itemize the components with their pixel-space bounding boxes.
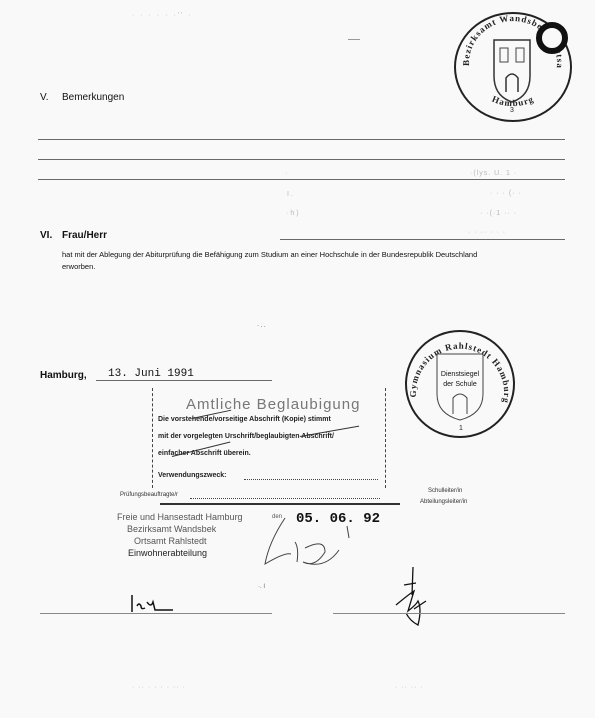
footer-faint-right: · ·· ·· · <box>395 684 424 691</box>
remarks-faint-mid-1: · <box>285 170 289 177</box>
scan-mark: ·. I <box>258 584 265 590</box>
purpose-label: Verwendungszweck: <box>158 472 226 479</box>
authority-line-2: Bezirksamt Wandsbek <box>127 524 216 534</box>
school-seal: Gymnasium Rahlstedt Hamburg Dienstsiegel… <box>405 330 515 438</box>
header-mark <box>348 39 360 40</box>
signature-line-right <box>333 613 565 614</box>
principal-label-1: Schulleiter/in <box>428 488 462 494</box>
authority-line-4: Einwohnerabteilung <box>128 548 207 558</box>
section-vi-salutation: Frau/Herr <box>62 230 107 241</box>
school-seal-graphic: Gymnasium Rahlstedt Hamburg Dienstsiegel… <box>407 332 513 436</box>
remarks-faint-mid-3: ·h) <box>286 210 301 217</box>
purpose-dotted-line <box>244 479 378 480</box>
date-line <box>96 380 272 381</box>
examiner-label: Prüfungsbeauftragte/r <box>120 492 178 498</box>
stamp-rule <box>160 503 400 505</box>
section-v-title: Bemerkungen <box>62 92 124 103</box>
remarks-faint-2: · · · (· · <box>490 190 522 197</box>
signature-line-left <box>40 613 272 614</box>
district-seal: Bezirksamt Wandsbek · Ortsamt Rahlstedt … <box>454 12 572 122</box>
remarks-faint-4: · · ·· · · · <box>468 229 506 236</box>
principal-signature <box>392 565 442 627</box>
section-vi-statement-1: hat mit der Ablegung der Abiturprüfung d… <box>62 250 477 259</box>
date-value: 13. Juni 1991 <box>108 368 194 380</box>
remarks-line-3 <box>38 179 565 180</box>
official-signature <box>255 512 355 572</box>
section-v-number: V. <box>40 92 49 103</box>
name-line <box>280 239 565 240</box>
certification-title: Amtliche Beglaubigung <box>186 396 360 413</box>
svg-text:Dienstsiegel: Dienstsiegel <box>441 371 480 378</box>
svg-text:1: 1 <box>459 425 463 432</box>
remarks-line-2 <box>38 159 565 160</box>
examiner-dotted-line <box>190 498 380 499</box>
svg-text:3: 3 <box>510 107 514 114</box>
remarks-line-1 <box>38 139 565 140</box>
remarks-faint-mid-2: I. <box>287 191 295 198</box>
header-faint-text: · · · · · ·'' · <box>132 12 193 19</box>
remarks-faint-1: ·(lys. U. 1 · <box>470 170 517 177</box>
place-label: Hamburg, <box>40 370 87 381</box>
scan-speck: · . . <box>257 323 266 329</box>
section-vi-statement-2: erworben. <box>62 262 95 271</box>
punch-hole-icon <box>536 22 568 54</box>
footer-faint-left: · ·· · · · · ·· · <box>132 684 186 691</box>
remarks-faint-3: · ·(·1 ·· · <box>480 210 517 217</box>
svg-text:der Schule: der Schule <box>443 381 477 388</box>
section-vi-number: VI. <box>40 230 52 241</box>
certification-line-1: Die vorstehende/vorseitige Abschrift (Ko… <box>158 416 331 423</box>
authority-line-3: Ortsamt Rahlstedt <box>134 536 207 546</box>
authority-line-1: Freie und Hansestadt Hamburg <box>117 512 243 522</box>
principal-label-2: Abteilungsleiter/in <box>420 499 467 505</box>
